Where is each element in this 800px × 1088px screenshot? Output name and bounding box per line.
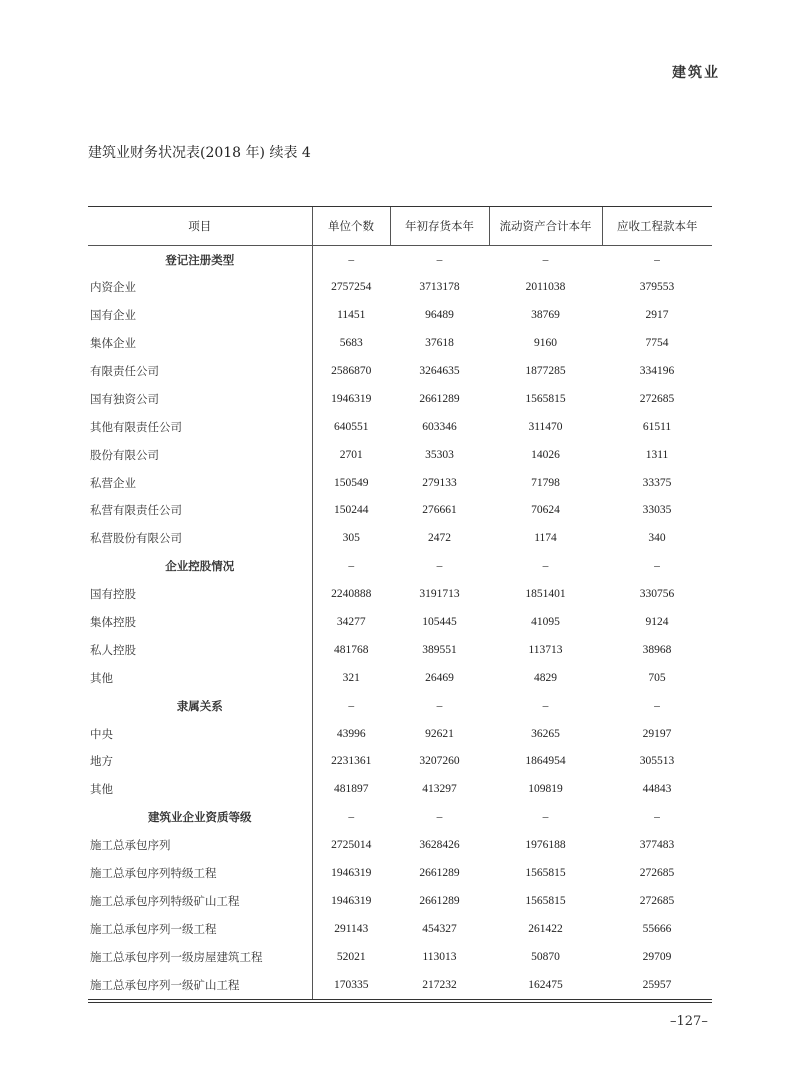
cell-value: – xyxy=(312,692,390,720)
table-row: 其他321264694829705 xyxy=(88,664,712,692)
cell-value: 1864954 xyxy=(489,748,602,776)
cell-value: 311470 xyxy=(489,413,602,441)
table-row: 私营企业1505492791337179833375 xyxy=(88,469,712,497)
table-row: 施工总承包序列一级工程29114345432726142255666 xyxy=(88,915,712,943)
cell-value: 2757254 xyxy=(312,273,390,301)
table-row: 集体控股34277105445410959124 xyxy=(88,608,712,636)
section-header-row: 企业控股情况–––– xyxy=(88,552,712,580)
cell-value: 2231361 xyxy=(312,748,390,776)
cell-value: 1976188 xyxy=(489,831,602,859)
cell-value: 389551 xyxy=(390,636,489,664)
cell-value: 38968 xyxy=(602,636,712,664)
cell-value: 11451 xyxy=(312,301,390,329)
row-label: 施工总承包序列特级矿山工程 xyxy=(88,887,312,915)
cell-value: 2701 xyxy=(312,441,390,469)
cell-value: 3628426 xyxy=(390,831,489,859)
row-label: 私人控股 xyxy=(88,636,312,664)
cell-value: 272685 xyxy=(602,887,712,915)
table-row: 国有企业1145196489387692917 xyxy=(88,301,712,329)
cell-value: 113713 xyxy=(489,636,602,664)
cell-value: – xyxy=(602,246,712,274)
section-header-row: 登记注册类型–––– xyxy=(88,246,712,274)
table-body: 登记注册类型––––内资企业27572543713178201103837955… xyxy=(88,246,712,999)
cell-value: 3207260 xyxy=(390,748,489,776)
cell-value: 150549 xyxy=(312,469,390,497)
cell-value: 3713178 xyxy=(390,273,489,301)
row-label: 施工总承包序列一级矿山工程 xyxy=(88,971,312,999)
table-row: 其他48189741329710981944843 xyxy=(88,775,712,803)
row-label: 施工总承包序列一级工程 xyxy=(88,915,312,943)
cell-value: – xyxy=(489,246,602,274)
cell-value: 35303 xyxy=(390,441,489,469)
cell-value: 334196 xyxy=(602,357,712,385)
table-row: 施工总承包序列特级矿山工程194631926612891565815272685 xyxy=(88,887,712,915)
table-title: 建筑业财务状况表(2018 年) 续表 4 xyxy=(88,142,311,162)
cell-value: 413297 xyxy=(390,775,489,803)
cell-value: 3191713 xyxy=(390,580,489,608)
cell-value: – xyxy=(390,246,489,274)
cell-value: – xyxy=(489,552,602,580)
cell-value: 61511 xyxy=(602,413,712,441)
cell-value: 481897 xyxy=(312,775,390,803)
cell-value: 25957 xyxy=(602,971,712,999)
cell-value: 330756 xyxy=(602,580,712,608)
cell-value: 1565815 xyxy=(489,887,602,915)
cell-value: 33375 xyxy=(602,469,712,497)
row-label: 国有控股 xyxy=(88,580,312,608)
cell-value: 170335 xyxy=(312,971,390,999)
table-row: 国有控股224088831917131851401330756 xyxy=(88,580,712,608)
cell-value: 321 xyxy=(312,664,390,692)
table-bottom-rule xyxy=(88,999,712,1003)
cell-value: 150244 xyxy=(312,497,390,525)
row-label: 私营企业 xyxy=(88,469,312,497)
table-row: 集体企业56833761891607754 xyxy=(88,329,712,357)
row-label: 私营有限责任公司 xyxy=(88,497,312,525)
financial-table: 项目 单位个数 年初存货本年 流动资产合计本年 应收工程款本年 登记注册类型––… xyxy=(88,206,712,999)
cell-value: 261422 xyxy=(489,915,602,943)
cell-value: 34277 xyxy=(312,608,390,636)
cell-value: 50870 xyxy=(489,943,602,971)
row-label: 其他 xyxy=(88,664,312,692)
cell-value: 272685 xyxy=(602,385,712,413)
cell-value: 272685 xyxy=(602,859,712,887)
section-label: 企业控股情况 xyxy=(88,552,312,580)
table-row: 中央43996926213626529197 xyxy=(88,720,712,748)
cell-value: – xyxy=(602,803,712,831)
cell-value: 305513 xyxy=(602,748,712,776)
cell-value: – xyxy=(489,692,602,720)
cell-value: 1946319 xyxy=(312,887,390,915)
row-label: 国有企业 xyxy=(88,301,312,329)
column-header-unit-count: 单位个数 xyxy=(312,207,390,246)
cell-value: 3264635 xyxy=(390,357,489,385)
cell-value: 9160 xyxy=(489,329,602,357)
cell-value: – xyxy=(390,692,489,720)
row-label: 私营股份有限公司 xyxy=(88,524,312,552)
cell-value: 2472 xyxy=(390,524,489,552)
cell-value: – xyxy=(602,692,712,720)
cell-value: 2725014 xyxy=(312,831,390,859)
cell-value: 1946319 xyxy=(312,859,390,887)
cell-value: 279133 xyxy=(390,469,489,497)
table-row: 施工总承包序列一级房屋建筑工程520211130135087029709 xyxy=(88,943,712,971)
cell-value: – xyxy=(390,552,489,580)
row-label: 有限责任公司 xyxy=(88,357,312,385)
cell-value: 276661 xyxy=(390,497,489,525)
cell-value: 2661289 xyxy=(390,385,489,413)
cell-value: 29709 xyxy=(602,943,712,971)
table-row: 施工总承包序列一级矿山工程17033521723216247525957 xyxy=(88,971,712,999)
cell-value: 340 xyxy=(602,524,712,552)
cell-value: 70624 xyxy=(489,497,602,525)
section-label: 建筑业企业资质等级 xyxy=(88,803,312,831)
table-row: 股份有限公司270135303140261311 xyxy=(88,441,712,469)
cell-value: 305 xyxy=(312,524,390,552)
cell-value: 36265 xyxy=(489,720,602,748)
cell-value: 291143 xyxy=(312,915,390,943)
row-label: 施工总承包序列特级工程 xyxy=(88,859,312,887)
cell-value: 9124 xyxy=(602,608,712,636)
cell-value: 454327 xyxy=(390,915,489,943)
cell-value: 2661289 xyxy=(390,859,489,887)
cell-value: 377483 xyxy=(602,831,712,859)
cell-value: – xyxy=(489,803,602,831)
table-row: 国有独资公司194631926612891565815272685 xyxy=(88,385,712,413)
table-row: 有限责任公司258687032646351877285334196 xyxy=(88,357,712,385)
cell-value: 5683 xyxy=(312,329,390,357)
cell-value: 4829 xyxy=(489,664,602,692)
cell-value: 7754 xyxy=(602,329,712,357)
cell-value: 640551 xyxy=(312,413,390,441)
cell-value: 705 xyxy=(602,664,712,692)
cell-value: 55666 xyxy=(602,915,712,943)
cell-value: 1174 xyxy=(489,524,602,552)
row-label: 中央 xyxy=(88,720,312,748)
cell-value: 2917 xyxy=(602,301,712,329)
section-label: 登记注册类型 xyxy=(88,246,312,274)
cell-value: 41095 xyxy=(489,608,602,636)
column-header-current-assets: 流动资产合计本年 xyxy=(489,207,602,246)
column-header-item: 项目 xyxy=(88,207,312,246)
table-row: 地方223136132072601864954305513 xyxy=(88,748,712,776)
cell-value: 217232 xyxy=(390,971,489,999)
table-row: 私营股份有限公司30524721174340 xyxy=(88,524,712,552)
cell-value: 2011038 xyxy=(489,273,602,301)
table-row: 施工总承包序列特级工程194631926612891565815272685 xyxy=(88,859,712,887)
cell-value: 162475 xyxy=(489,971,602,999)
cell-value: 96489 xyxy=(390,301,489,329)
cell-value: 1946319 xyxy=(312,385,390,413)
cell-value: 26469 xyxy=(390,664,489,692)
row-label: 施工总承包序列一级房屋建筑工程 xyxy=(88,943,312,971)
cell-value: 38769 xyxy=(489,301,602,329)
cell-value: 1877285 xyxy=(489,357,602,385)
cell-value: 92621 xyxy=(390,720,489,748)
table-row: 私人控股48176838955111371338968 xyxy=(88,636,712,664)
cell-value: 113013 xyxy=(390,943,489,971)
cell-value: – xyxy=(602,552,712,580)
cell-value: – xyxy=(312,552,390,580)
cell-value: 44843 xyxy=(602,775,712,803)
row-label: 其他有限责任公司 xyxy=(88,413,312,441)
cell-value: 43996 xyxy=(312,720,390,748)
column-header-receivables: 应收工程款本年 xyxy=(602,207,712,246)
cell-value: 1311 xyxy=(602,441,712,469)
cell-value: 109819 xyxy=(489,775,602,803)
cell-value: 1565815 xyxy=(489,385,602,413)
row-label: 国有独资公司 xyxy=(88,385,312,413)
financial-table-container: 项目 单位个数 年初存货本年 流动资产合计本年 应收工程款本年 登记注册类型––… xyxy=(88,206,712,1003)
section-label: 隶属关系 xyxy=(88,692,312,720)
cell-value: 1565815 xyxy=(489,859,602,887)
cell-value: 2586870 xyxy=(312,357,390,385)
row-label: 股份有限公司 xyxy=(88,441,312,469)
table-row: 施工总承包序列272501436284261976188377483 xyxy=(88,831,712,859)
cell-value: 2240888 xyxy=(312,580,390,608)
running-head: 建筑业 xyxy=(672,62,720,82)
table-row: 私营有限责任公司1502442766617062433035 xyxy=(88,497,712,525)
cell-value: 33035 xyxy=(602,497,712,525)
page-number: –127– xyxy=(670,1014,708,1029)
row-label: 集体企业 xyxy=(88,329,312,357)
cell-value: 481768 xyxy=(312,636,390,664)
cell-value: 105445 xyxy=(390,608,489,636)
row-label: 施工总承包序列 xyxy=(88,831,312,859)
table-row: 内资企业275725437131782011038379553 xyxy=(88,273,712,301)
cell-value: 603346 xyxy=(390,413,489,441)
cell-value: 52021 xyxy=(312,943,390,971)
row-label: 地方 xyxy=(88,748,312,776)
cell-value: 29197 xyxy=(602,720,712,748)
cell-value: 71798 xyxy=(489,469,602,497)
cell-value: 37618 xyxy=(390,329,489,357)
cell-value: 2661289 xyxy=(390,887,489,915)
section-header-row: 建筑业企业资质等级–––– xyxy=(88,803,712,831)
cell-value: – xyxy=(312,803,390,831)
row-label: 集体控股 xyxy=(88,608,312,636)
cell-value: 14026 xyxy=(489,441,602,469)
row-label: 内资企业 xyxy=(88,273,312,301)
section-header-row: 隶属关系–––– xyxy=(88,692,712,720)
table-header-row: 项目 单位个数 年初存货本年 流动资产合计本年 应收工程款本年 xyxy=(88,207,712,246)
cell-value: 1851401 xyxy=(489,580,602,608)
column-header-opening-inventory: 年初存货本年 xyxy=(390,207,489,246)
table-row: 其他有限责任公司64055160334631147061511 xyxy=(88,413,712,441)
row-label: 其他 xyxy=(88,775,312,803)
cell-value: – xyxy=(312,246,390,274)
cell-value: 379553 xyxy=(602,273,712,301)
cell-value: – xyxy=(390,803,489,831)
